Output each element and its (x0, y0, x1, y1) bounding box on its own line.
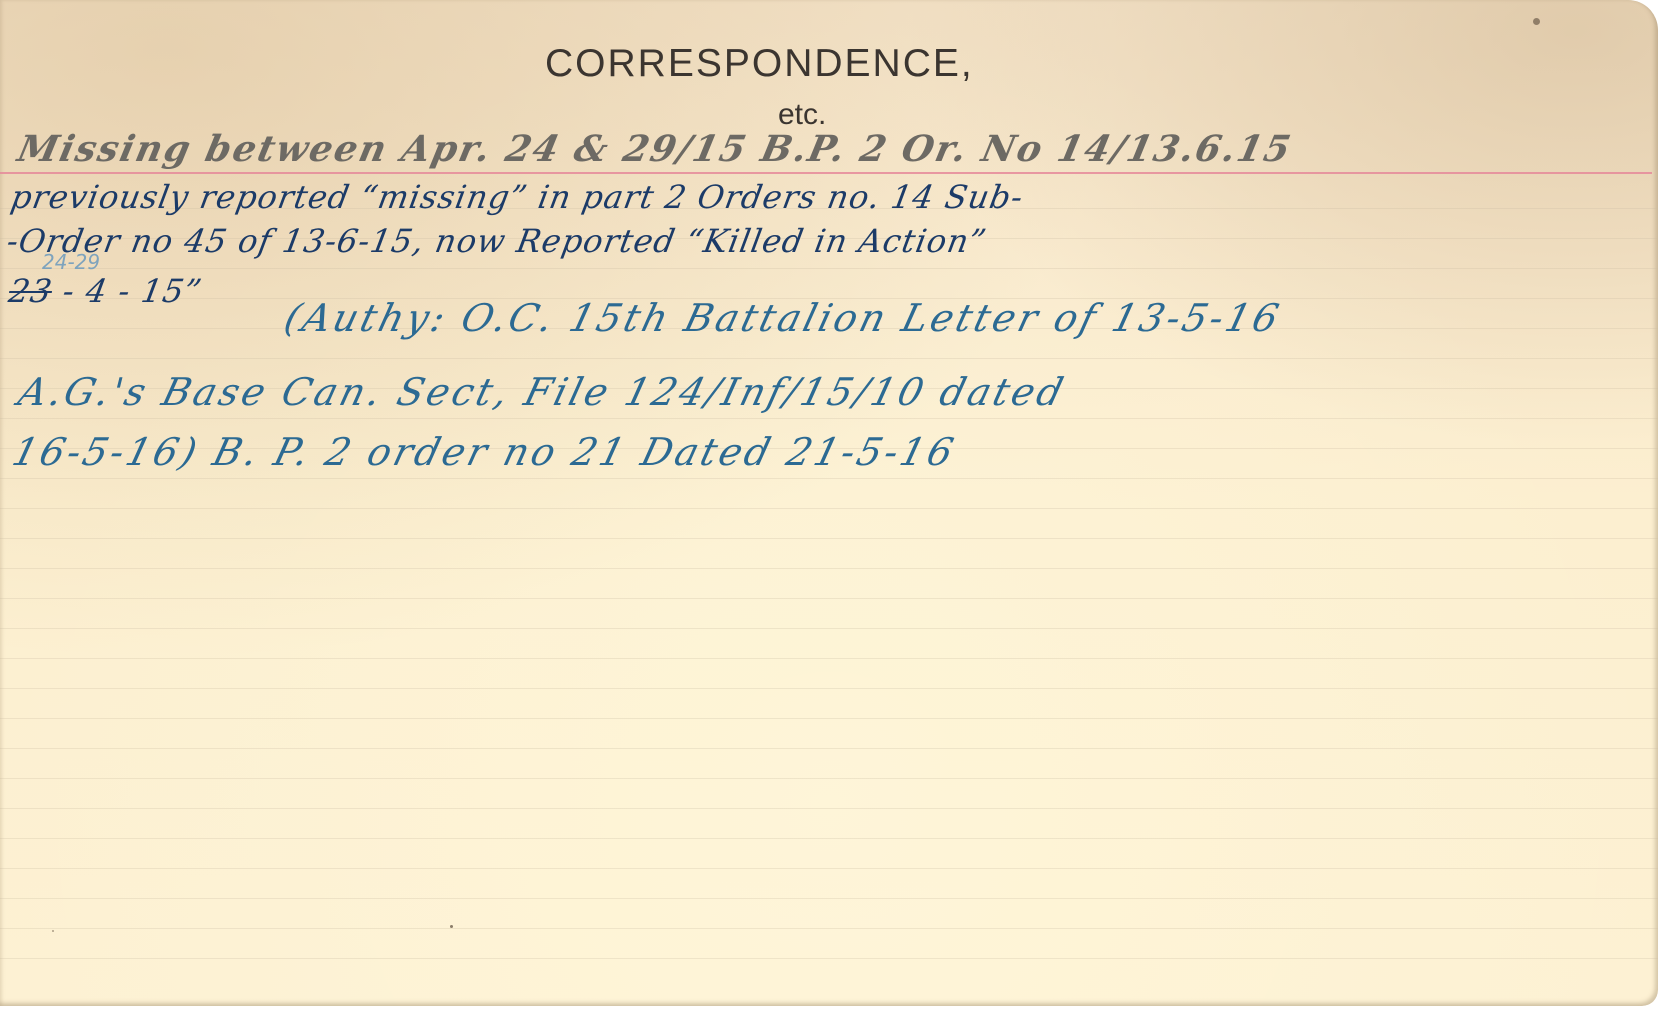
paper-speck (52, 930, 54, 932)
ruled-line (0, 538, 1658, 539)
printed-subheading: etc. (778, 98, 826, 132)
pencil-entry-line: Missing between Apr. 24 & 29/15 B.P. 2 O… (14, 128, 1296, 170)
ruled-line (0, 418, 1658, 419)
struck-date: 23 (6, 272, 55, 310)
ruled-line (0, 358, 1658, 359)
ruled-line (0, 958, 1658, 959)
paper-speck (1533, 18, 1540, 25)
ruled-line (0, 268, 1658, 269)
ruled-line (0, 748, 1658, 749)
ruled-line (0, 718, 1658, 719)
ruled-line (0, 658, 1658, 659)
date-remainder: - 4 - 15” (60, 272, 205, 310)
ruled-line (0, 838, 1658, 839)
red-header-rule (0, 172, 1652, 174)
blue-entry-line-2: A.G.'s Base Can. Sect, File 124/Inf/15/1… (14, 370, 1070, 414)
printed-heading: CORRESPONDENCE, (545, 42, 974, 86)
ruled-line (0, 808, 1658, 809)
ruled-line (0, 628, 1658, 629)
blue-entry-line-1: (Authy: O.C. 15th Battalion Letter of 13… (280, 296, 1286, 340)
ruled-line (0, 688, 1658, 689)
ruled-line (0, 598, 1658, 599)
record-card: CORRESPONDENCE, etc. Missing between Apr… (0, 0, 1658, 1006)
ruled-line (0, 868, 1658, 869)
ruled-line (0, 778, 1658, 779)
ruled-line (0, 478, 1658, 479)
ruled-line (0, 898, 1658, 899)
ruled-line (0, 928, 1658, 929)
date-correction-superscript: 24-29 (42, 250, 100, 274)
paper-speck (450, 925, 453, 928)
ink-entry-line-3: 23 - 4 - 15” (6, 272, 205, 310)
ink-entry-line-1: previously reported “missing” in part 2 … (8, 178, 1027, 216)
ink-entry-line-2: -Order no 45 of 13-6-15, now Reported “K… (4, 222, 990, 260)
ruled-line (0, 568, 1658, 569)
ruled-line (0, 508, 1658, 509)
blue-entry-line-3: 16-5-16) B. P. 2 order no 21 Dated 21-5-… (8, 430, 961, 474)
